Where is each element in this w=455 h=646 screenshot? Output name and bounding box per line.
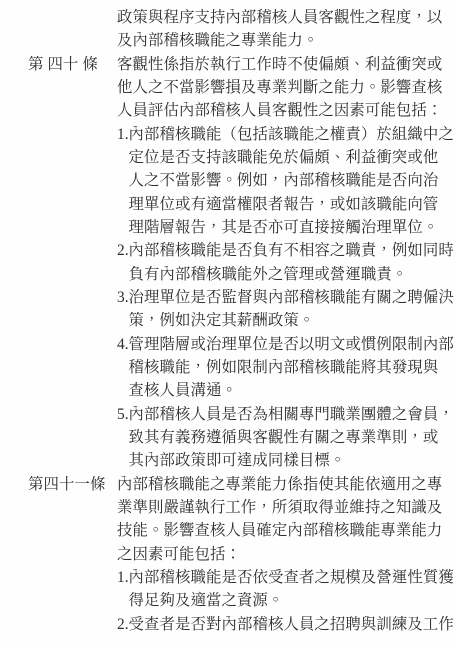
paragraph-continuation: 政策與程序支持內部稽核人員客觀性之程度，以及內部稽核職能之專業能力。	[117, 6, 451, 53]
article-body-line: 技能。影響查核人員確定內部稽核職能專業能力	[117, 519, 451, 542]
article-body-line: 客觀性係指於執行工作時不使偏頗、利益衝突或	[117, 53, 451, 76]
list-item-text: 內部稽核人員是否為相關專門職業團體之會員，	[129, 406, 454, 423]
list-item-number: 3.	[117, 289, 129, 306]
article-body-line: 他人之不當影響損及專業判斷之能力。影響查核	[117, 76, 451, 99]
article-body-line: 內部稽核職能之專業能力係指使其能依適用之專	[117, 473, 451, 496]
list-item-first-line: 4.管理階層或治理單位是否以明文或慣例限制內部	[117, 333, 451, 356]
article-body-line: 之因素可能包括：	[117, 543, 451, 566]
article-block: 第四十一條內部稽核職能之專業能力係指使其能依適用之專業準則嚴謹執行工作，所須取得…	[117, 473, 451, 636]
list-item-line: 致其有義務遵循與客觀性有關之專業準則，或	[117, 426, 451, 449]
list-item-first-line: 5.內部稽核人員是否為相關專門職業團體之會員，	[117, 403, 451, 426]
list-item-number: 1.	[117, 126, 129, 143]
list-item-number: 2.	[117, 616, 129, 633]
list-item-line: 稽核職能，例如限制內部稽核職能將其發現與	[117, 356, 451, 379]
list-item-line: 查核人員溝通。	[117, 379, 451, 402]
article-body-line: 人員評估內部稽核人員客觀性之因素可能包括：	[117, 99, 451, 122]
list-item-text: 內部稽核職能是否負有不相容之職責，例如同時	[129, 242, 454, 259]
continuation-line: 及內部稽核職能之專業能力。	[117, 29, 451, 52]
list-item-text: 內部稽核職能（包括該職能之權責）於組織中之	[129, 126, 454, 143]
list-item-first-line: 1.內部稽核職能是否依受查者之規模及營運性質獲	[117, 566, 451, 589]
list-item-line: 負有內部稽核職能外之管理或營運職責。	[117, 263, 451, 286]
continuation-line: 政策與程序支持內部稽核人員客觀性之程度，以	[117, 6, 451, 29]
article-number-label: 第四十一條	[28, 473, 105, 496]
list-item-first-line: 1.內部稽核職能（包括該職能之權責）於組織中之	[117, 123, 451, 146]
document-page: 政策與程序支持內部稽核人員客觀性之程度，以及內部稽核職能之專業能力。 第 四十 …	[0, 0, 455, 646]
list-item-line: 策，例如決定其薪酬政策。	[117, 309, 451, 332]
list-item-number: 5.	[117, 406, 129, 423]
list-item-line: 其內部政策即可達成同樣目標。	[117, 449, 451, 472]
list-item-first-line: 2.受查者是否對內部稽核人員之招聘與訓練及工作	[117, 613, 451, 636]
list-item-line: 得足夠及適當之資源。	[117, 589, 451, 612]
list-item-number: 1.	[117, 569, 129, 586]
list-item-line: 定位是否支持該職能免於偏頗、利益衝突或他	[117, 146, 451, 169]
article-number-label: 第 四十 條	[28, 53, 98, 76]
list-item-number: 4.	[117, 336, 129, 353]
list-item-text: 管理階層或治理單位是否以明文或慣例限制內部	[129, 336, 454, 353]
list-item-first-line: 2.內部稽核職能是否負有不相容之職責，例如同時	[117, 239, 451, 262]
list-item-line: 理單位或有適當權限者報告，或如該職能向管	[117, 193, 451, 216]
article-body-line: 業準則嚴謹執行工作，所須取得並維持之知識及	[117, 496, 451, 519]
list-item-line: 人之不當影響。例如，內部稽核職能是否向治	[117, 169, 451, 192]
list-item-text: 內部稽核職能是否依受查者之規模及營運性質獲	[129, 569, 454, 586]
article-block: 第 四十 條客觀性係指於執行工作時不使偏頗、利益衝突或他人之不當影響損及專業判斷…	[117, 53, 451, 473]
list-item-line: 理階層報告，其是否亦可直接接觸治理單位。	[117, 216, 451, 239]
list-item-number: 2.	[117, 242, 129, 259]
list-item-text: 受查者是否對內部稽核人員之招聘與訓練及工作	[129, 616, 454, 633]
articles-container: 第 四十 條客觀性係指於執行工作時不使偏頗、利益衝突或他人之不當影響損及專業判斷…	[0, 53, 455, 636]
list-item-first-line: 3.治理單位是否監督與內部稽核職能有關之聘僱決	[117, 286, 451, 309]
list-item-text: 治理單位是否監督與內部稽核職能有關之聘僱決	[129, 289, 454, 306]
